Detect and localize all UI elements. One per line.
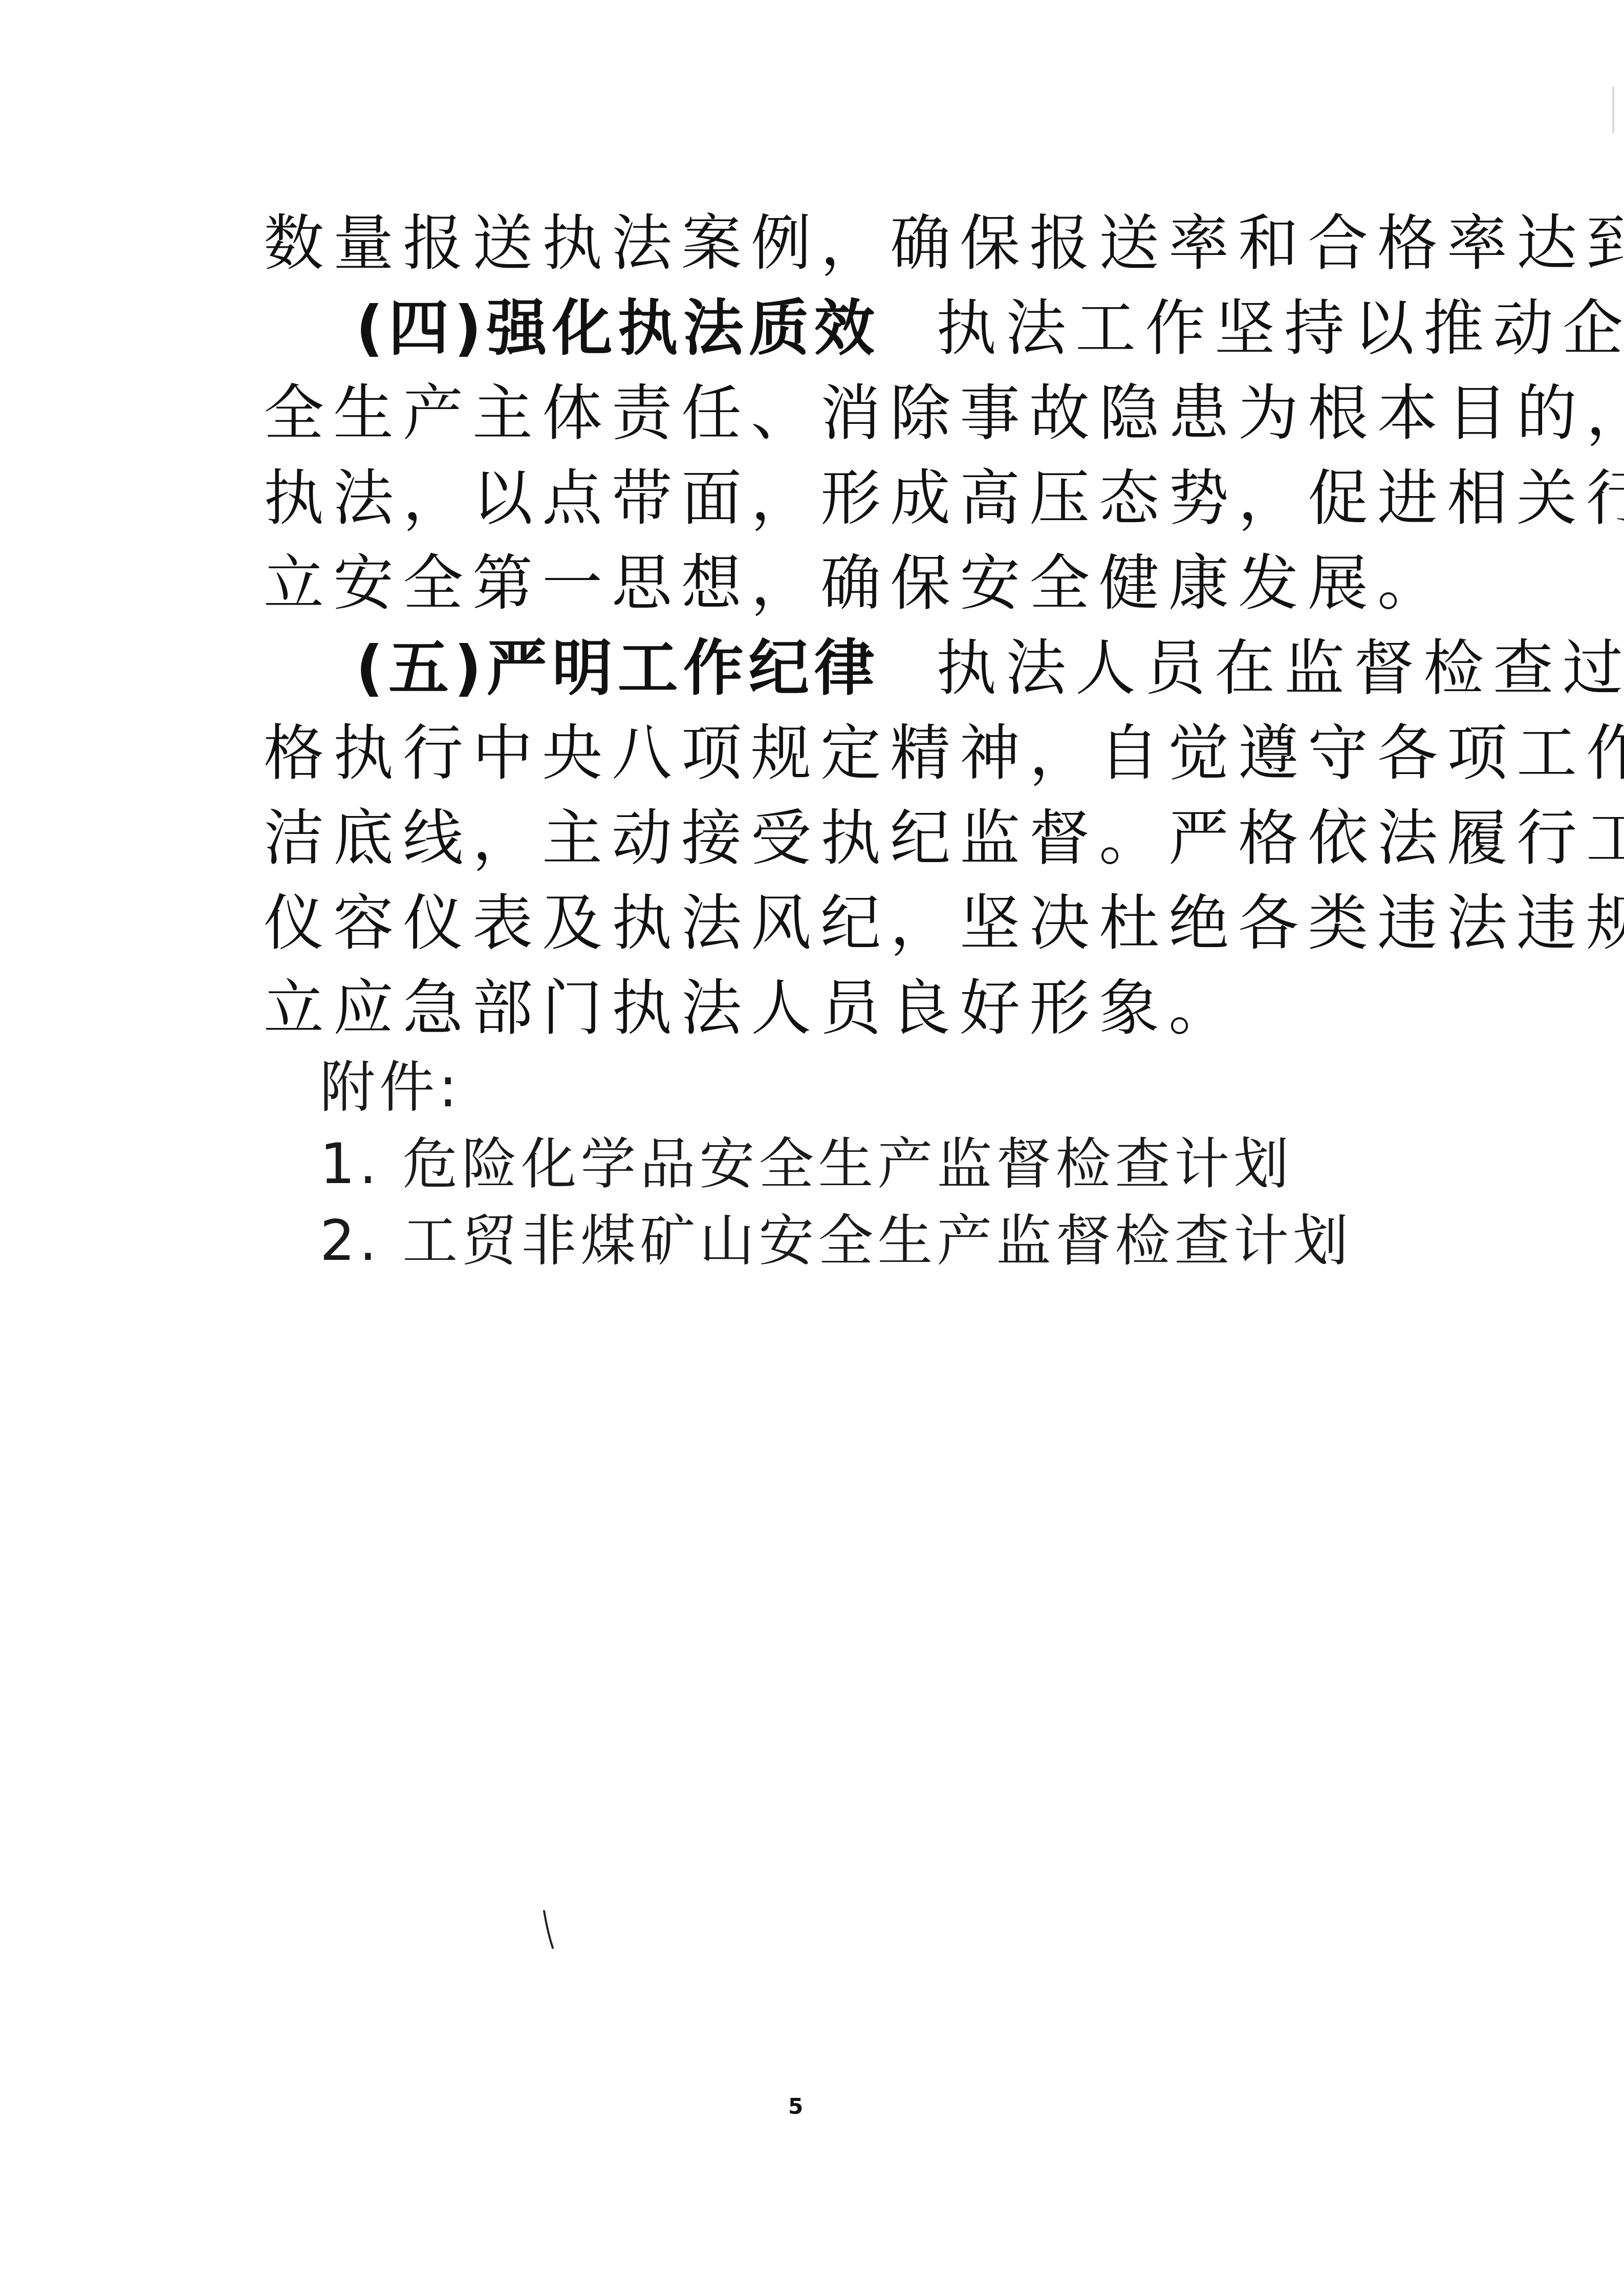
- attachments-label: 附件:: [320, 1052, 1446, 1124]
- section-5-line: 格执行中央八项规定精神，自觉遵守各项工作纪律，守住廉: [264, 717, 1390, 789]
- section-5-line: 仪容仪表及执法风纪，坚决杜绝各类违法违规违纪行为，树: [264, 887, 1390, 959]
- section-4-line: 执法，以点带面，形成高压态势，促进相关行业领域牢固树: [264, 462, 1390, 534]
- scan-edge-mark: [1612, 87, 1614, 133]
- section-5-line: 立应急部门执法人员良好形象。: [264, 972, 1390, 1044]
- attachment-item: 1. 危险化学品安全生产监督检查计划: [320, 1129, 1446, 1200]
- section-4-first-line: (四)强化执法质效执法工作坚持以推动企业落实安: [356, 292, 1482, 364]
- section-5-first-line: (五)严明工作纪律执法人员在监督检查过程中，要严: [356, 632, 1482, 704]
- section-5-line: 洁底线，主动接受执纪监督。严格依法履行工作职责，严肃: [264, 802, 1390, 874]
- section-4-line: 立安全第一思想，确保安全健康发展。: [264, 547, 1390, 619]
- section-4-text: 执法工作坚持以推动企业落实安: [936, 293, 1624, 363]
- section-5-heading: (五)严明工作纪律: [356, 633, 880, 703]
- section-4-heading: (四)强化执法质效: [356, 293, 880, 363]
- paragraph-continuation: 数量报送执法案例，确保报送率和合格率达到“双百”目标。: [264, 207, 1390, 279]
- section-5-text: 执法人员在监督检查过程中，要严: [936, 633, 1624, 703]
- section-4-line: 全生产主体责任、消除事故隐患为根本目的，通过强有力地: [264, 377, 1390, 449]
- pen-stroke-mark: [543, 1909, 558, 1950]
- attachment-item: 2. 工贸非煤矿山安全生产监督检查计划: [320, 1206, 1446, 1277]
- document-page: 数量报送执法案例，确保报送率和合格率达到“双百”目标。 (四)强化执法质效执法工…: [0, 0, 1624, 2296]
- page-number: 5: [788, 2094, 803, 2119]
